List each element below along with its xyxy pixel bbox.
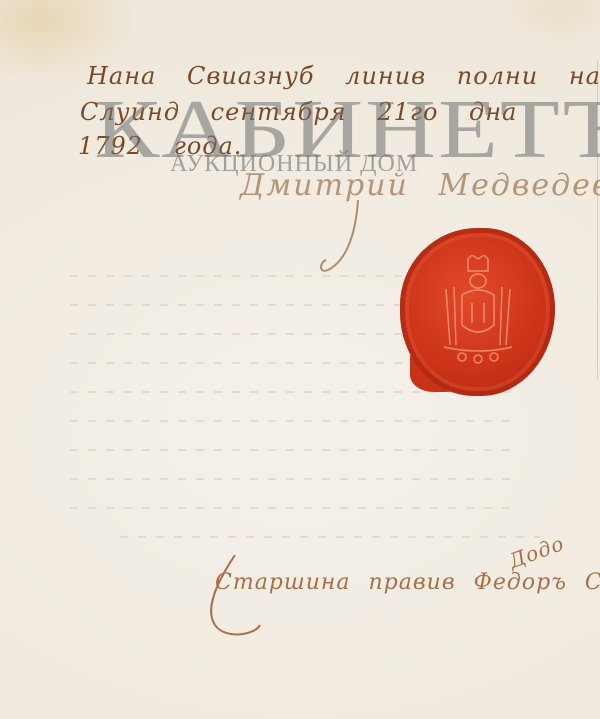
- signature-bottom: Старшина правив Федоръ Смелоть: [215, 570, 600, 595]
- faded-text-line: [70, 420, 510, 422]
- faded-text-line: [70, 507, 510, 509]
- faded-text-line: [70, 449, 510, 451]
- watermark-subtitle: АУКЦИОННЫЙ ДОМ: [170, 152, 418, 176]
- faded-text-line: [120, 536, 540, 538]
- signature-swash-icon: [205, 555, 265, 640]
- signature-flourish-icon: [318, 200, 378, 275]
- document-scan: Нана Свиазнуб линив полни на Слуинд сент…: [0, 0, 600, 719]
- coat-of-arms-icon: [440, 255, 516, 365]
- faded-text-line: [70, 478, 510, 480]
